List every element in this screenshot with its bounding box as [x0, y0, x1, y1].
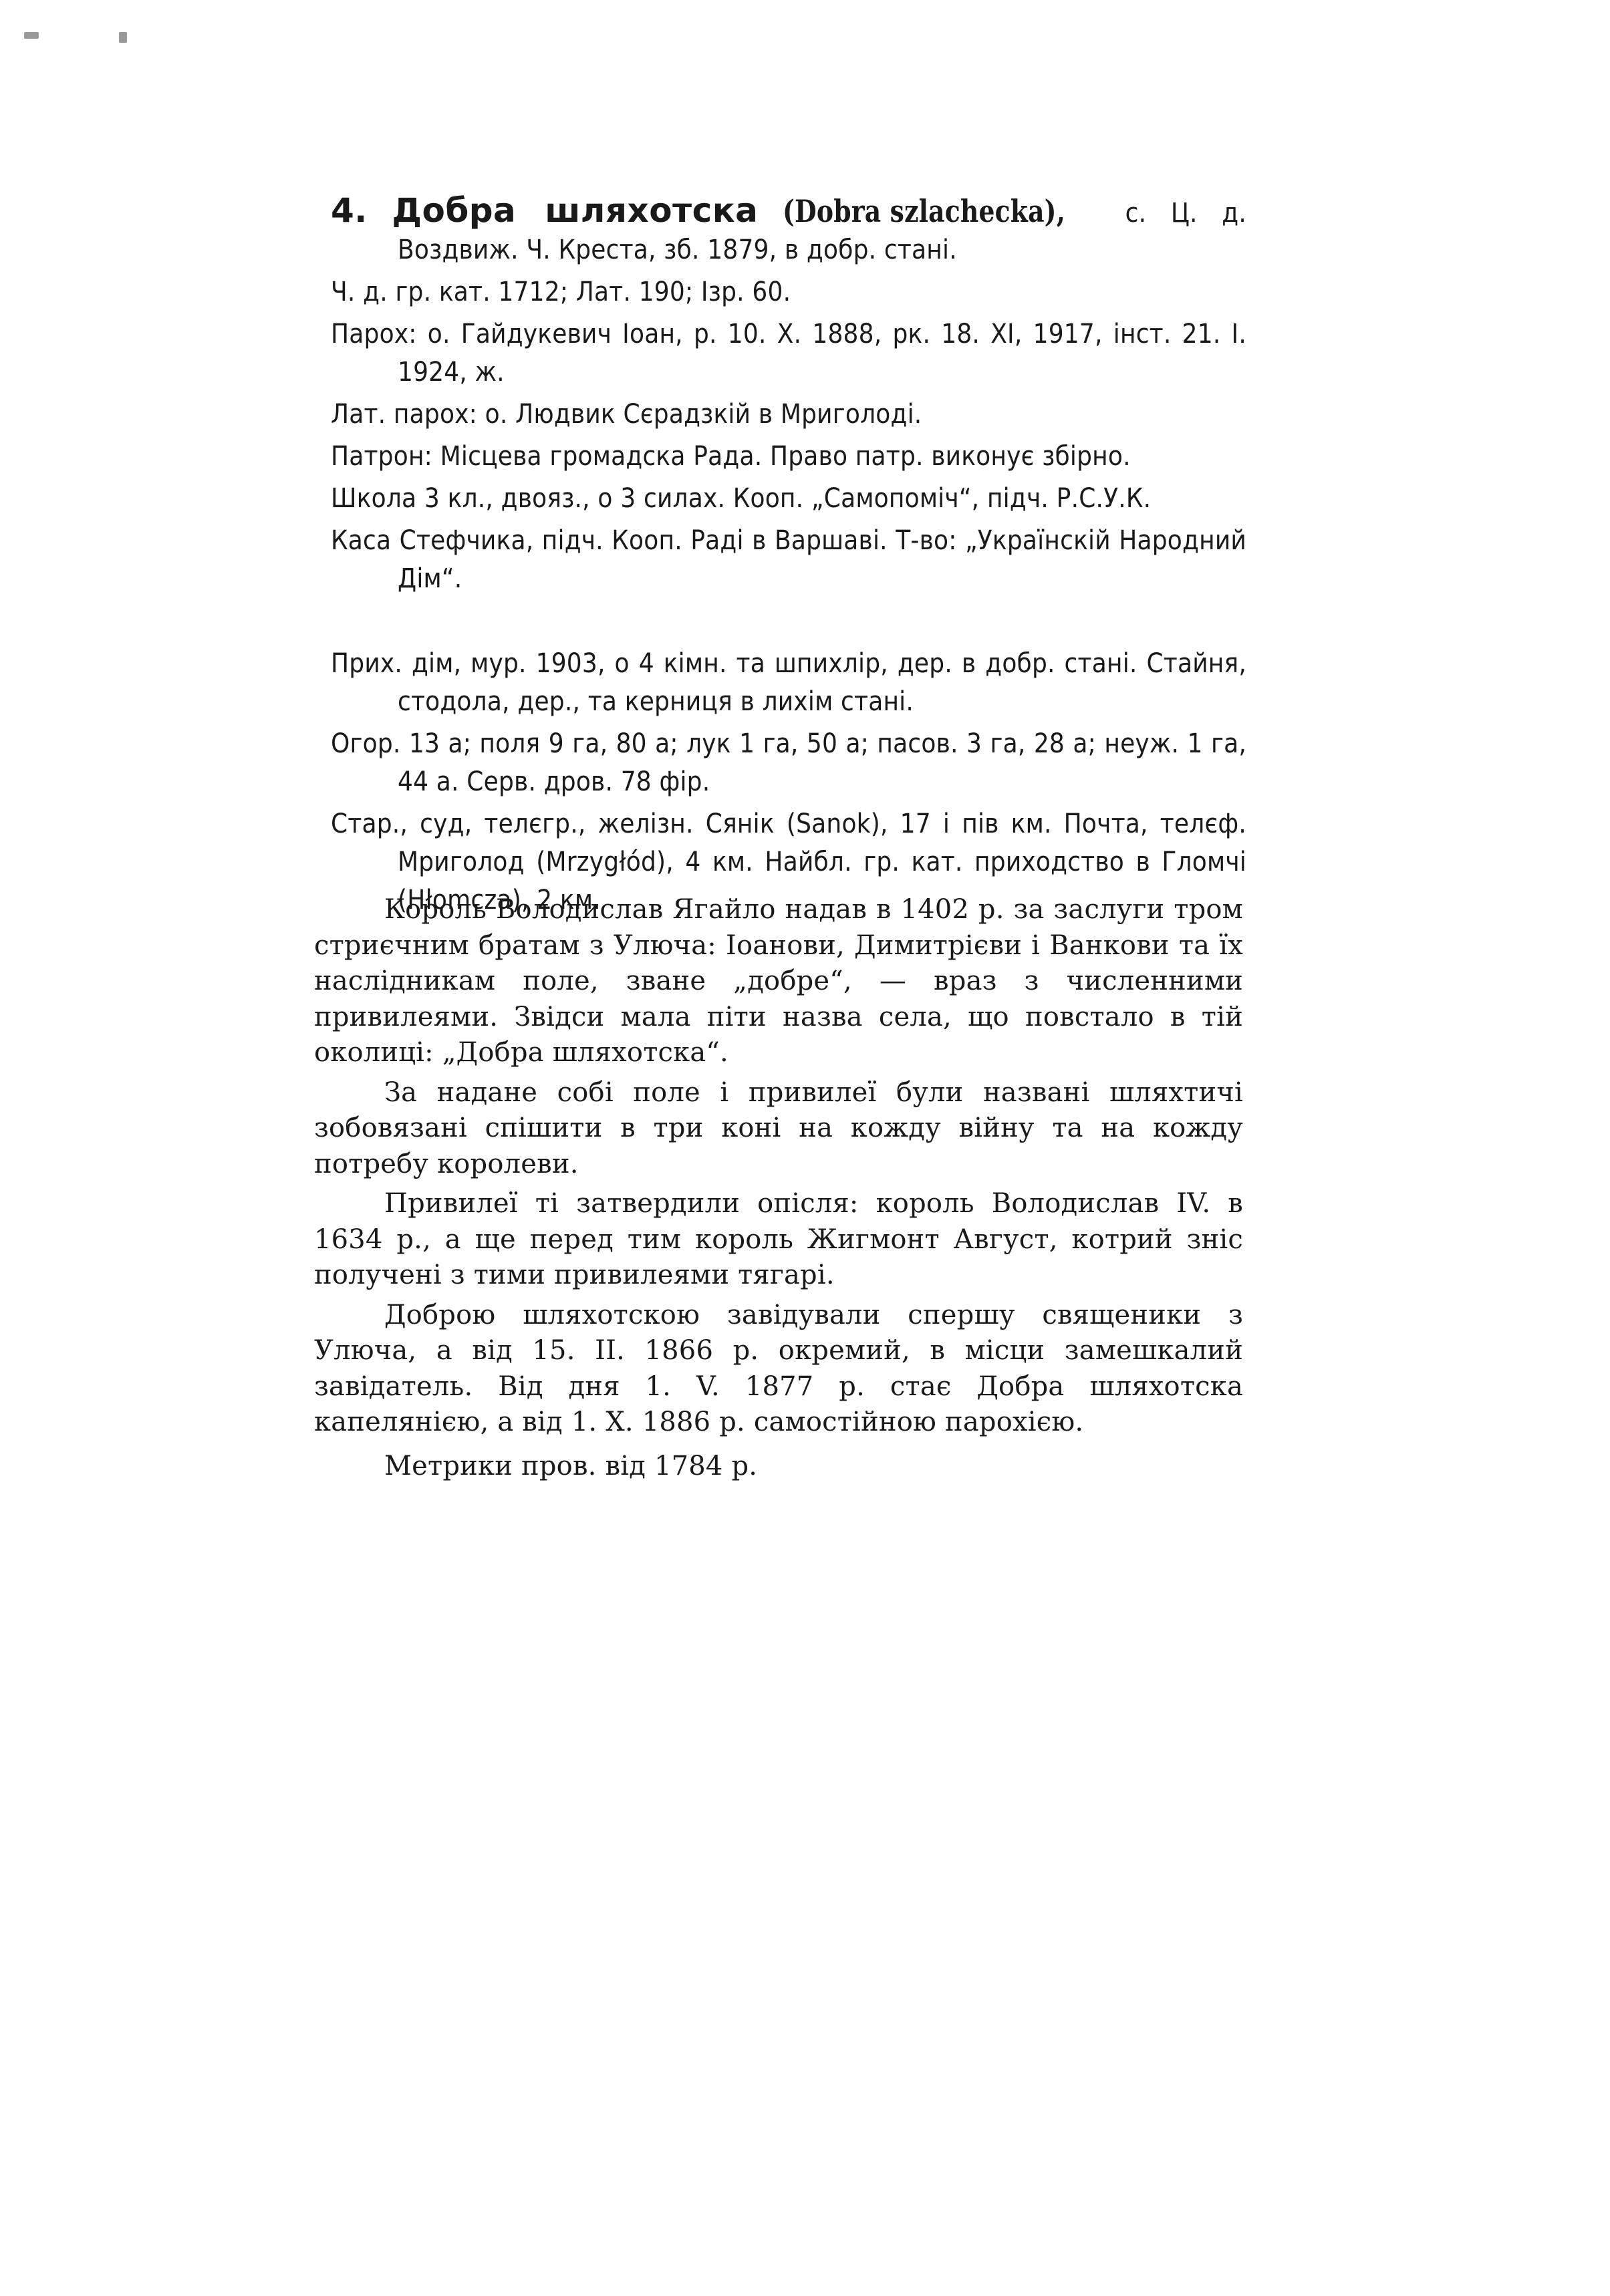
entry-latin-priest: Лат. парох: о. Людвик Сєрадзкій в Мригол…	[331, 396, 1246, 434]
narrative-paragraph: Король Володислав Ягайло надав в 1402 р.…	[314, 892, 1243, 1071]
narrative-paragraph: Метрики пров. від 1784 р.	[314, 1449, 1243, 1485]
parish-entry-header: 4. Добра шляхотска (Dobra szlachecka), с…	[331, 188, 1246, 923]
entry-latin-name: (Dobra szlachecka),	[783, 189, 1065, 233]
narrative-paragraph: Доброю шляхотскою завідували спершу свящ…	[314, 1298, 1243, 1441]
entry-parish-priest: Парох: о. Гайдукевич Іоан, р. 10. X. 188…	[331, 315, 1246, 392]
entry-heading: 4. Добра шляхотска (Dobra szlachecka), с…	[331, 188, 1246, 235]
entry-number: 4.	[331, 191, 368, 230]
entry-parish-house: Прих. дім, мур. 1903, о 4 кімн. та шпихл…	[331, 645, 1246, 721]
entry-title: Добра шляхотска	[392, 191, 758, 230]
entry-societies: Каса Стефчика, підч. Кооп. Раді в Варшав…	[331, 522, 1246, 598]
scan-artifact-mark	[24, 32, 39, 39]
narrative-paragraph: Привилеї ті затвердили опісля: король Во…	[314, 1186, 1243, 1294]
narrative-paragraph: За надане собі поле і привилеї були назв…	[314, 1075, 1243, 1183]
section-gap	[331, 602, 1246, 645]
entry-population: Ч. д. гр. кат. 1712; Лат. 190; Ізр. 60.	[331, 273, 1246, 311]
entry-patron: Патрон: Місцева громадска Рада. Право па…	[331, 438, 1246, 476]
entry-heading-suffix: с. Ц. д.	[1125, 198, 1246, 229]
entry-land: Огор. 13 а; поля 9 га, 80 а; лук 1 га, 5…	[331, 725, 1246, 801]
history-narrative: Король Володислав Ягайло надав в 1402 р.…	[314, 892, 1243, 1488]
scan-artifact-mark	[119, 32, 127, 43]
entry-heading-continuation: Воздвиж. Ч. Креста, зб. 1879, в добр. ст…	[331, 231, 1246, 269]
entry-school: Школа 3 кл., двояз., о 3 силах. Кооп. „С…	[331, 480, 1246, 518]
